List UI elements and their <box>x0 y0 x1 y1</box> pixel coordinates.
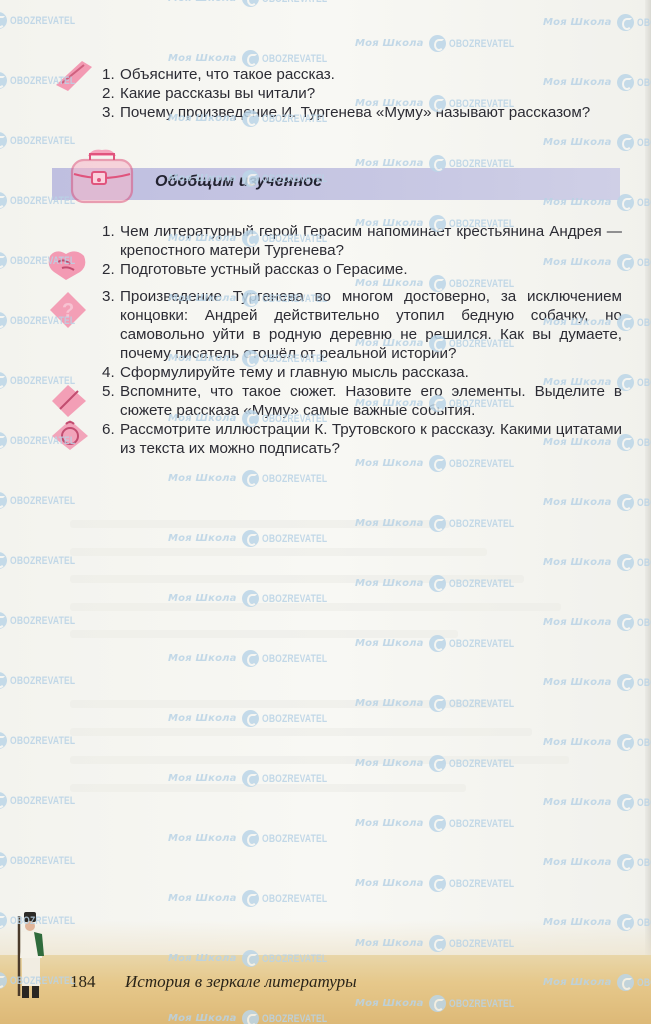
question-item: 1.Объясните, что такое рассказ. <box>102 65 622 84</box>
footer-fade <box>0 920 651 960</box>
summary-questions-list: 1.Чем литературный герой Герасим напомин… <box>102 222 622 458</box>
pen-icon <box>52 55 96 93</box>
question-item: 3.Почему произведение И. Тургенева «Муму… <box>102 103 622 122</box>
page-edge <box>645 0 651 1024</box>
question-item: 2.Подготовьте устный рассказ о Герасиме. <box>102 260 622 279</box>
bleed-line <box>70 630 458 638</box>
running-title: История в зеркале литературы <box>125 972 357 992</box>
bleed-line <box>70 700 495 708</box>
question-item: 2.Какие рассказы вы читали? <box>102 84 622 103</box>
bleed-line <box>70 784 466 792</box>
discussion-icon <box>46 248 88 282</box>
bleed-line <box>70 575 524 583</box>
briefcase-icon <box>62 148 142 210</box>
bleed-line <box>70 728 532 736</box>
svg-text:?: ? <box>62 300 74 322</box>
question-item: 3.Произведение Тургенева во многом досто… <box>102 287 622 363</box>
question-item: 5.Вспомните, что такое сюжет. Назовите е… <box>102 382 622 420</box>
bleed-line <box>70 603 561 611</box>
question-icon: ? <box>48 290 88 330</box>
question-item: 6.Рассмотрите иллюстрации К. Трутовского… <box>102 420 622 458</box>
art-icon <box>50 418 90 452</box>
bleed-line <box>70 548 487 556</box>
question-item: 1.Чем литературный герой Герасим напомин… <box>102 222 622 260</box>
bleed-line <box>70 520 450 528</box>
soldier-illustration-icon <box>10 908 46 1004</box>
bleed-line <box>70 756 569 764</box>
section-title: Обобщим изученное <box>155 173 322 191</box>
question-item: 4.Сформулируйте тему и главную мысль рас… <box>102 363 622 382</box>
pen-icon <box>50 383 88 419</box>
review-questions-list: 1.Объясните, что такое рассказ. 2.Какие … <box>102 65 622 122</box>
page-number: 184 <box>70 972 96 992</box>
